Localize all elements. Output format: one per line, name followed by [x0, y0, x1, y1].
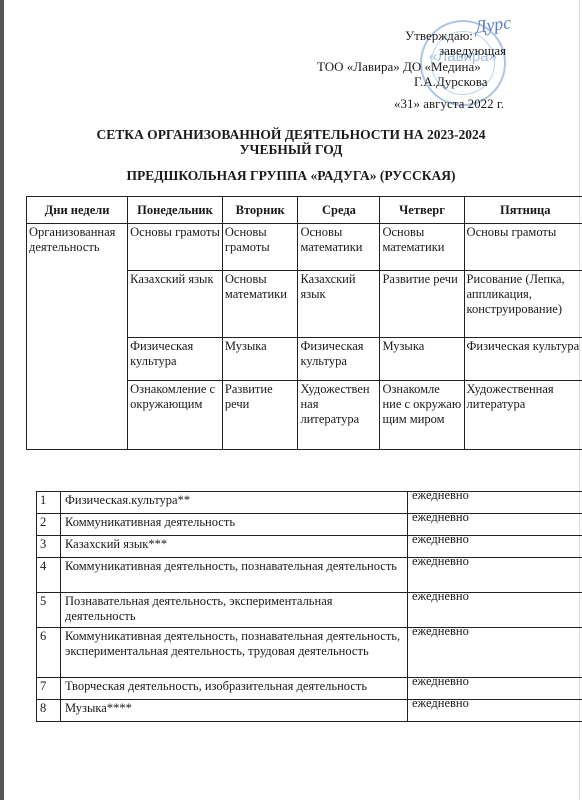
frequency-row: 3 Казахский язык*** ежедневно — [37, 536, 582, 558]
cell-wed-4: Художествен ная литература — [298, 381, 380, 450]
cell-thu-1: Основы математики — [380, 224, 464, 271]
cell-thu-3: Музыка — [380, 338, 464, 381]
row-number: 3 — [37, 536, 61, 558]
row-number: 4 — [37, 558, 61, 593]
group-title: ПРЕДШКОЛЬНАЯ ГРУППА «РАДУГА» (РУССКАЯ) — [0, 168, 582, 184]
approval-line-name: Г.А.Дурскова — [414, 74, 487, 90]
frequency-row: 1 Физическая.культура** ежедневно — [37, 492, 582, 514]
row-number: 1 — [37, 492, 61, 514]
frequency-row: 2 Коммуникативная деятельность ежедневно — [37, 514, 582, 536]
approval-line-organization: ТОО «Лавира» ДО «Медина» — [317, 59, 481, 75]
header-thursday: Четверг — [380, 197, 464, 224]
activity-name: Познавательная деятельность, эксперимент… — [61, 593, 408, 628]
approval-line-position: заведующая — [439, 43, 506, 59]
header-friday: Пятница — [464, 197, 582, 224]
activity-period: ежедневно — [408, 593, 582, 628]
cell-mon-2: Казахский язык — [128, 271, 223, 338]
schedule-header-row: Дни недели Понедельник Вторник Среда Чет… — [27, 197, 582, 224]
row-number: 5 — [37, 593, 61, 628]
header-monday: Понедельник — [128, 197, 223, 224]
activity-name: Физическая.культура** — [61, 492, 408, 514]
cell-wed-3: Физическая культура — [298, 338, 380, 381]
approval-block: «Лавира» Дурс Утверждаю: заведующая ТОО … — [282, 0, 582, 115]
frequency-table: 1 Физическая.культура** ежедневно 2 Комм… — [36, 491, 582, 722]
header-tuesday: Вторник — [222, 197, 298, 224]
cell-fri-3: Физическая культура — [464, 338, 582, 381]
frequency-row: 6 Коммуникативная деятельность, познават… — [37, 628, 582, 678]
activity-name: Казахский язык*** — [61, 536, 408, 558]
document-title: СЕТКА ОРГАНИЗОВАННОЙ ДЕЯТЕЛЬНОСТИ НА 202… — [0, 127, 582, 157]
cell-thu-2: Развитие речи — [380, 271, 464, 338]
cell-tue-4: Развитие речи — [222, 381, 298, 450]
activity-period: ежедневно — [408, 558, 582, 593]
title-line-2: УЧЕБНЫЙ ГОД — [0, 142, 582, 157]
activity-name: Музыка**** — [61, 700, 408, 722]
cell-fri-4: Художественная литература — [464, 381, 582, 450]
signature-icon: Дурс — [474, 11, 521, 39]
approval-line-approve: Утверждаю: — [405, 28, 473, 44]
cell-tue-1: Основы грамоты — [222, 224, 298, 271]
frequency-row: 5 Познавательная деятельность, экспериме… — [37, 593, 582, 628]
schedule-table: Дни недели Понедельник Вторник Среда Чет… — [26, 196, 582, 450]
frequency-row: 8 Музыка**** ежедневно — [37, 700, 582, 722]
cell-tue-2: Основы математики — [222, 271, 298, 338]
activity-name: Коммуникативная деятельность — [61, 514, 408, 536]
frequency-row: 7 Творческая деятельность, изобразительн… — [37, 678, 582, 700]
activity-period: ежедневно — [408, 700, 582, 722]
title-line-1: СЕТКА ОРГАНИЗОВАННОЙ ДЕЯТЕЛЬНОСТИ НА 202… — [0, 127, 582, 142]
row-number: 8 — [37, 700, 61, 722]
cell-fri-1: Основы грамоты — [464, 224, 582, 271]
scan-edge-left — [0, 0, 4, 800]
cell-wed-1: Основы математики — [298, 224, 380, 271]
activity-name: Творческая деятельность, изобразительная… — [61, 678, 408, 700]
header-wednesday: Среда — [298, 197, 380, 224]
row-label-organized-activity: Организованная деятельность — [27, 224, 128, 450]
cell-mon-1: Основы грамоты — [128, 224, 223, 271]
activity-name: Коммуникативная деятельность, познавател… — [61, 628, 408, 678]
row-number: 2 — [37, 514, 61, 536]
cell-wed-2: Казахский язык — [298, 271, 380, 338]
cell-tue-3: Музыка — [222, 338, 298, 381]
row-number: 6 — [37, 628, 61, 678]
cell-fri-2: Рисование (Лепка, аппликация, конструиро… — [464, 271, 582, 338]
cell-thu-4: Ознакомле ние с окружаю щим миром — [380, 381, 464, 450]
row-number: 7 — [37, 678, 61, 700]
cell-mon-3: Физическая культура — [128, 338, 223, 381]
header-days: Дни недели — [27, 197, 128, 224]
frequency-row: 4 Коммуникативная деятельность, познават… — [37, 558, 582, 593]
schedule-row: Организованная деятельность Основы грамо… — [27, 224, 582, 271]
cell-mon-4: Ознакомление с окружающим — [128, 381, 223, 450]
activity-period: ежедневно — [408, 628, 582, 678]
approval-date: «31» августа 2022 г. — [394, 96, 504, 112]
activity-name: Коммуникативная деятельность, познавател… — [61, 558, 408, 593]
